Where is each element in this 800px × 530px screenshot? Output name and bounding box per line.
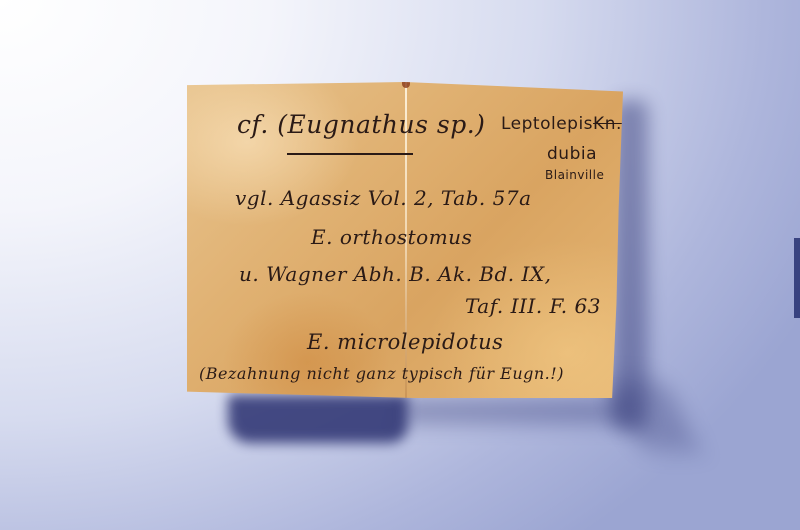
label-line-plate-figure: Taf. III. F. 63: [465, 294, 601, 318]
label-line-species: dubia: [547, 144, 597, 164]
label-line-eugnathus: cf. (Eugnathus sp.): [237, 110, 485, 139]
handwritten-label: cf. (Eugnathus sp.) LeptolepisKn. dubia …: [187, 82, 623, 398]
label-line-author: Blainville: [545, 168, 604, 182]
label-line-wagner-reference: u. Wagner Abh. B. Ak. Bd. IX,: [239, 262, 552, 286]
background-edge-object: [794, 238, 800, 318]
paper-tear: [402, 82, 410, 88]
label-line-agassiz-reference: vgl. Agassiz Vol. 2, Tab. 57a: [235, 186, 532, 210]
paper-shadow-bottom: [228, 395, 408, 443]
paper-shadow-bottom-soft: [400, 398, 630, 424]
eugnathus-underline: [287, 153, 413, 155]
photo-scene: cf. (Eugnathus sp.) LeptolepisKn. dubia …: [0, 0, 800, 530]
label-line-leptolepis: LeptolepisKn.: [501, 114, 622, 134]
label-line-microlepidotus: E. microlepidotus: [307, 330, 503, 354]
genus-text: Leptolepis: [501, 114, 593, 134]
label-line-dentition-note: (Bezahnung nicht ganz typisch für Eugn.!…: [199, 364, 564, 383]
label-line-orthostomus: E. orthostomus: [311, 225, 472, 249]
struck-text: Kn.: [593, 114, 622, 134]
